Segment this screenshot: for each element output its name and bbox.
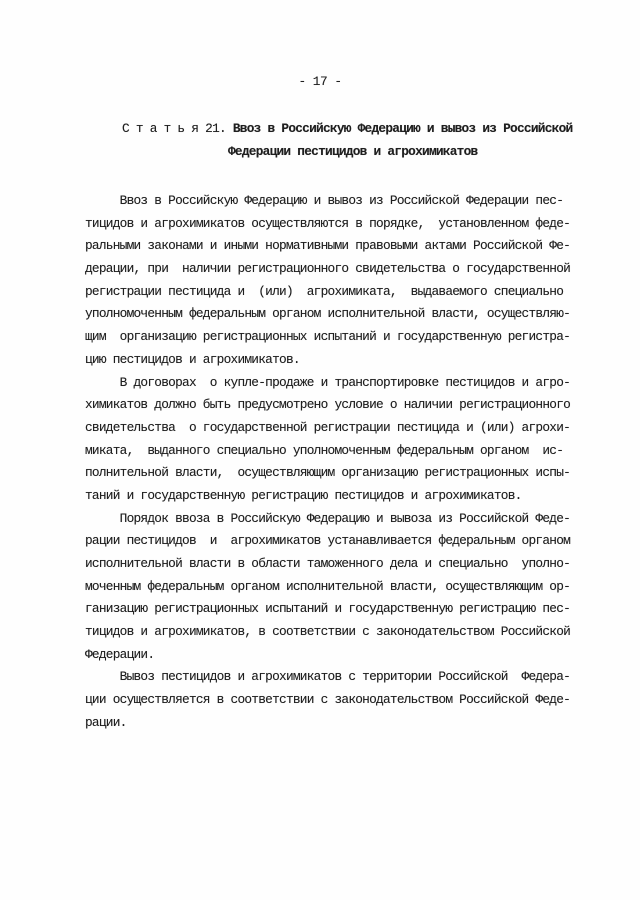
body-line: исполнительной власти в области таможенн…: [85, 553, 585, 576]
body-line: Федерации.: [85, 644, 585, 667]
body-line: рации.: [85, 712, 585, 735]
paragraph-2: В договорах о купле-продаже и транспорти…: [85, 372, 585, 508]
article-label: С т а т ь я 21.: [122, 121, 226, 136]
body-line: полнительной власти, осуществляющим орга…: [85, 462, 585, 485]
article-heading: С т а т ь я 21. Ввоз в Российскую Федера…: [122, 118, 572, 163]
paragraph-3: Порядок ввоза в Российскую Федерацию и в…: [85, 508, 585, 667]
body-line: уполномоченным федеральным органом испол…: [85, 303, 585, 326]
body-line: таний и государственную регистрацию пест…: [85, 485, 585, 508]
body-line: регистрации пестицида и (или) агрохимика…: [85, 281, 585, 304]
body-line: Ввоз в Российскую Федерацию и вывоз из Р…: [85, 190, 585, 213]
article-title-line2: Федерации пестицидов и агрохимикатов: [122, 141, 572, 164]
paragraph-4: Вывоз пестицидов и агрохимикатов с терри…: [85, 666, 585, 734]
document-page: - 17 - С т а т ь я 21. Ввоз в Российскую…: [0, 0, 640, 900]
body-line: щим организацию регистрационных испытани…: [85, 326, 585, 349]
body-line: химикатов должно быть предусмотрено усло…: [85, 394, 585, 417]
body-line: тицидов и агрохимикатов, в соответствии …: [85, 621, 585, 644]
body-line: свидетельства о государственной регистра…: [85, 417, 585, 440]
body-line: Вывоз пестицидов и агрохимикатов с терри…: [85, 666, 585, 689]
body-line: В договорах о купле-продаже и транспорти…: [85, 372, 585, 395]
body-line: ганизацию регистрационных испытаний и го…: [85, 598, 585, 621]
body-line: тицидов и агрохимикатов осуществляются в…: [85, 213, 585, 236]
body-line: миката, выданного специально уполномочен…: [85, 440, 585, 463]
paragraph-1: Ввоз в Российскую Федерацию и вывоз из Р…: [85, 190, 585, 372]
body-line: цию пестицидов и агрохимикатов.: [85, 349, 585, 372]
article-title-line1: Ввоз в Российскую Федерацию и вывоз из Р…: [226, 121, 572, 136]
page-number: - 17 -: [0, 72, 640, 92]
body-line: дерации, при наличии регистрационного св…: [85, 258, 585, 281]
body-line: ральными законами и иными нормативными п…: [85, 235, 585, 258]
body-line: рации пестицидов и агрохимикатов устанав…: [85, 530, 585, 553]
article-heading-line1: С т а т ь я 21. Ввоз в Российскую Федера…: [122, 118, 572, 141]
article-body: Ввоз в Российскую Федерацию и вывоз из Р…: [85, 190, 585, 735]
body-line: моченным федеральным органом исполнитель…: [85, 576, 585, 599]
body-line: ции осуществляется в соответствии с зако…: [85, 689, 585, 712]
body-line: Порядок ввоза в Российскую Федерацию и в…: [85, 508, 585, 531]
